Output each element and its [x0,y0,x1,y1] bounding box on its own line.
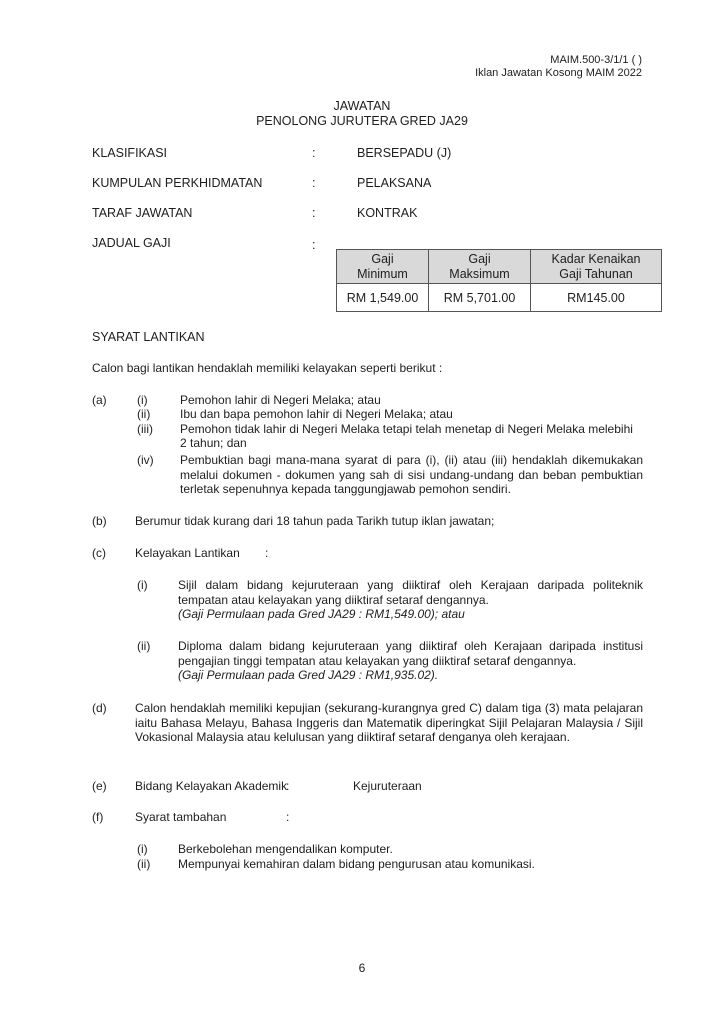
condition-a-iv: Pembuktian bagi mana-mana syarat di para… [180,453,643,497]
condition-f-ii: Mempunyai kemahiran dalam bidang penguru… [178,857,535,872]
marker-f-i: (i) [137,842,148,857]
detail-colon: : [312,206,315,220]
marker-f-ii: (ii) [137,857,150,872]
marker-c: (c) [92,546,106,561]
detail-label-jadual-gaji: JADUAL GAJI [92,236,171,250]
table-row: RM 1,549.00 RM 5,701.00 RM145.00 [337,284,662,312]
salary-table: GajiMinimum GajiMaksimum Kadar KenaikanG… [336,249,662,312]
header-gaji-maksimum: GajiMaksimum [429,250,531,284]
condition-c-i: Sijil dalam bidang kejuruteraan yang dii… [178,578,643,607]
page-number: 6 [0,961,724,975]
ad-title: Iklan Jawatan Kosong MAIM 2022 [475,67,642,80]
header-gaji-minimum: GajiMinimum [337,250,429,284]
value-bidang-kelayakan: Kejuruteraan [353,779,422,794]
marker-a-iii: (iii) [137,422,153,437]
colon: : [265,546,268,561]
detail-label-taraf: TARAF JAWATAN [92,206,192,220]
detail-value-taraf: KONTRAK [357,206,417,220]
starting-salary-note-i: (Gaji Permulaan pada Gred JA29 : RM1,549… [178,607,465,622]
detail-colon: : [312,238,315,252]
cell-gaji-maksimum: RM 5,701.00 [429,284,531,312]
job-title: PENOLONG JURUTERA GRED JA29 [0,114,724,129]
marker-b: (b) [92,514,107,529]
marker-c-i: (i) [137,578,148,593]
detail-colon: : [312,146,315,160]
marker-c-ii: (ii) [137,639,150,654]
reference-number: MAIM.500-3/1/1 ( ) [550,54,642,67]
colon: : [286,810,289,825]
condition-d: Calon hendaklah memiliki kepujian (sekur… [135,701,643,745]
detail-value-klasifikasi: BERSEPADU (J) [357,146,451,160]
cell-kadar-kenaikan: RM145.00 [531,284,662,312]
label-bidang-kelayakan: Bidang Kelayakan Akademik [135,779,287,794]
marker-a: (a) [92,393,107,408]
condition-f-i: Berkebolehan mengendalikan komputer. [178,842,393,857]
salary-table-header: GajiMinimum GajiMaksimum Kadar KenaikanG… [337,250,662,284]
detail-value-kumpulan: PELAKSANA [357,176,431,190]
marker-a-ii: (ii) [137,407,150,422]
condition-b: Berumur tidak kurang dari 18 tahun pada … [135,514,494,529]
marker-f: (f) [92,810,103,825]
intro-text: Calon bagi lantikan hendaklah memiliki k… [92,361,442,376]
detail-colon: : [312,176,315,190]
starting-salary-note-ii: (Gaji Permulaan pada Gred JA29 : RM1,935… [178,668,438,683]
label-kelayakan-lantikan: Kelayakan Lantikan [135,546,240,561]
condition-c-ii: Diploma dalam bidang kejuruteraan yang d… [178,639,643,668]
cell-gaji-minimum: RM 1,549.00 [337,284,429,312]
header-kadar-kenaikan: Kadar KenaikanGaji Tahunan [531,250,662,284]
detail-label-kumpulan: KUMPULAN PERKHIDMATAN [92,176,262,190]
marker-a-iv: (iv) [137,453,154,468]
condition-a-i: Pemohon lahir di Negeri Melaka; atau [180,393,381,408]
marker-a-i: (i) [137,393,148,408]
detail-label-klasifikasi: KLASIFIKASI [92,146,167,160]
condition-a-ii: Ibu dan bapa pemohon lahir di Negeri Mel… [180,407,453,422]
colon: : [286,779,289,794]
title-line-1: JAWATAN [0,99,724,114]
condition-a-iii: Pemohon tidak lahir di Negeri Melaka tet… [180,422,633,437]
label-syarat-tambahan: Syarat tambahan [135,810,226,825]
marker-d: (d) [92,701,107,716]
condition-a-iii-cont: 2 tahun; dan [180,436,247,451]
section-title: SYARAT LANTIKAN [92,330,205,345]
marker-e: (e) [92,779,107,794]
